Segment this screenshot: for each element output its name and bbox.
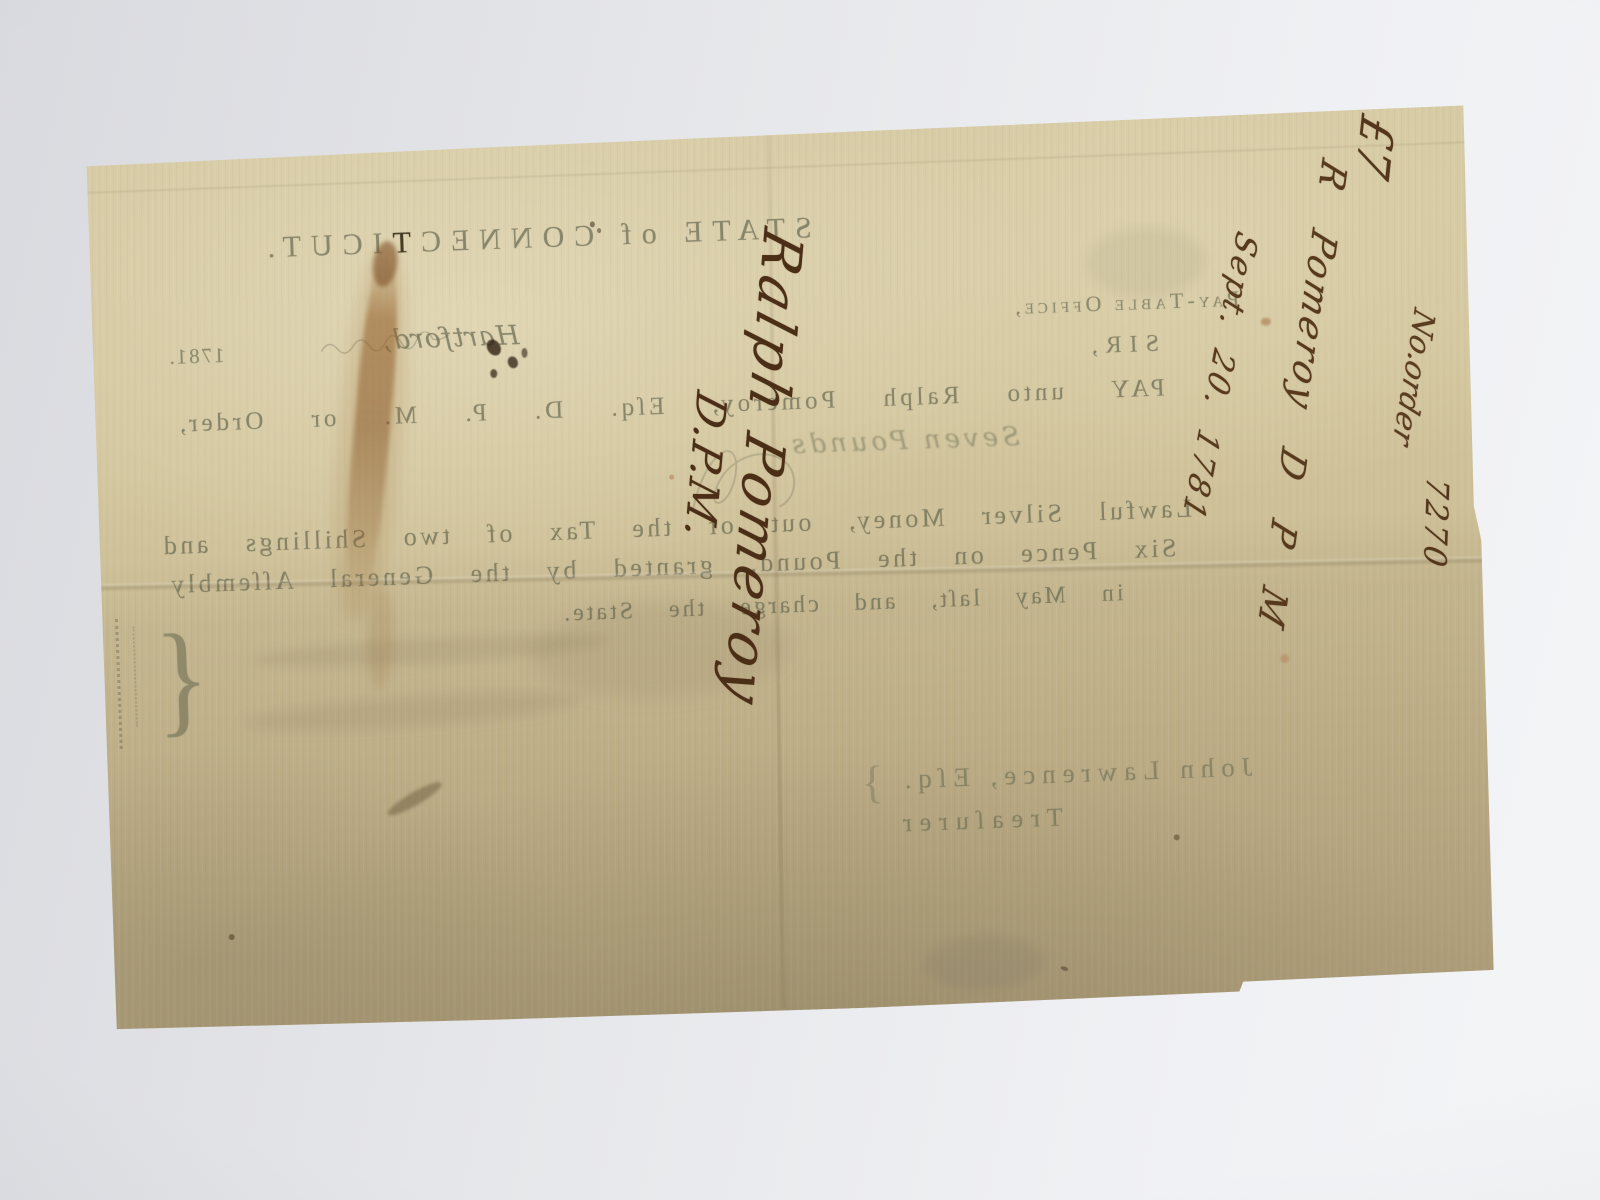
treasurer-line: John Lawrence, Eſq. }: [861, 752, 1253, 800]
foxing-spot: [1280, 654, 1289, 663]
amount-brace: {: [153, 606, 212, 752]
amount-dotted-line: [115, 619, 123, 749]
amount-dotted-line-2: [132, 626, 138, 726]
treasurer-name: John Lawrence, Eſq.: [897, 752, 1253, 796]
ink-stain-tail: [366, 585, 395, 691]
docket-endorser: R Pomeroy D P M: [1249, 154, 1353, 636]
state-line-bold-letter: T: [382, 226, 412, 260]
state-line-post: ICUT.: [257, 227, 383, 265]
dark-speck: [229, 934, 235, 940]
bottom-smudge: [923, 933, 1045, 992]
ink-blot: [490, 369, 497, 378]
photo: { "scene": { "title": "Photograph of the…: [0, 0, 1600, 1200]
docket-word: order: [1385, 355, 1433, 451]
docket-date: Sept. 20. 1781: [1175, 226, 1264, 527]
signature-block: Ralph Pomeroy D.P.M.: [661, 207, 816, 716]
document-paper: STATE of CONNECTICUT. 1781. Hartford, Pa…: [82, 105, 1498, 1035]
treasurer-brace: }: [861, 765, 884, 800]
salutation-line: SIR,: [1083, 331, 1159, 361]
treasurer-title: Treaſurer: [894, 803, 1063, 839]
top-edge-crease: [83, 141, 1467, 194]
bleed-smudge-bar-1: [250, 628, 611, 673]
bleed-smudge-dash: [385, 778, 445, 820]
bleed-smudge-bar-2: [242, 684, 583, 738]
docket-number: 7270: [1416, 474, 1455, 572]
body-line-3: in May laſt, and charge the State.: [561, 580, 1124, 628]
docket-amount: £7: [1345, 109, 1403, 186]
year-label: 1781.: [167, 343, 225, 370]
place-label: Hartford,: [381, 320, 519, 356]
office-label: Pay-Table Office,: [1011, 286, 1240, 320]
dark-speck: [1060, 965, 1069, 971]
dark-speck: [1174, 834, 1180, 840]
